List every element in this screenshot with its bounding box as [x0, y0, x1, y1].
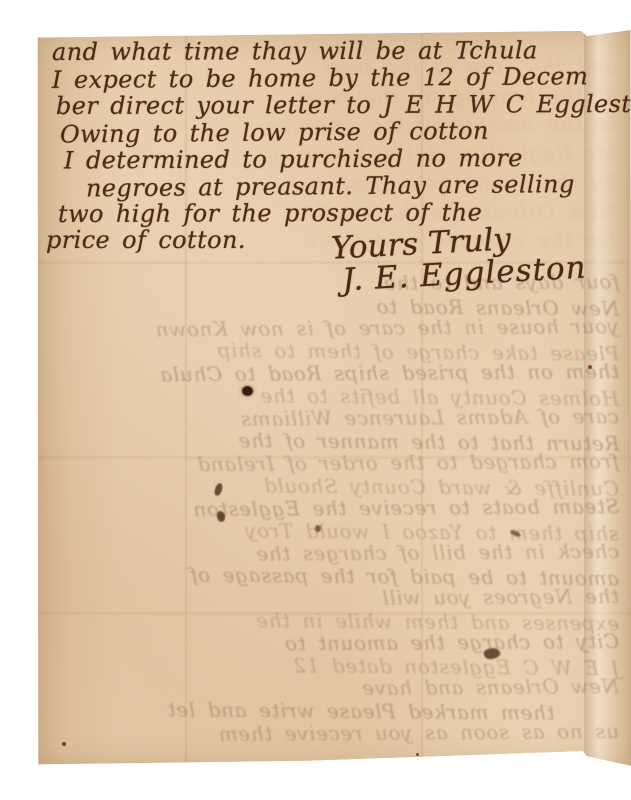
bleedthrough-line: amount to be paid for the passage of	[113, 562, 619, 589]
letter-line: negroes at preasant. Thay are selling	[86, 171, 621, 203]
bleedthrough-line: care of Adams Laurence Williams	[44, 405, 619, 432]
ink-spot	[216, 510, 226, 522]
horizontal-fold-crease	[36, 611, 631, 616]
letter-text: and what time thay will be at TchulaI ex…	[46, 38, 621, 254]
bleedthrough-line: expenses and them while in the	[96, 607, 619, 634]
bleedthrough-line: Steam boats to receive the Eggleston	[73, 495, 619, 521]
bleedthrough-line: check in the bill of charges the	[44, 540, 619, 567]
bleedthrough-line: your house in the care of is now Known	[44, 315, 619, 342]
bleedthrough-line: Cunliffe & ward County Should	[44, 472, 619, 500]
bleedthrough-line: them on the prised ships Road to Chula	[67, 360, 619, 386]
foxing-speck	[588, 365, 592, 369]
letter-line: two high for the prospect of the	[58, 199, 621, 228]
bleedthrough-line: them marked Please write and let	[101, 697, 619, 724]
letter-line: ber direct your letter to J E H W C Eggl…	[56, 91, 621, 120]
bleedthrough-line: J E W C Eggleston dated 12	[124, 652, 619, 679]
bleedthrough-line: ship them to Yazoo I would Troy	[44, 517, 619, 545]
ink-spot	[242, 386, 253, 396]
ink-spot	[213, 482, 224, 497]
photo-background: { "document": { "kind": "handwritten let…	[0, 0, 631, 800]
bleedthrough-line: Please take charge of them to ship	[44, 337, 619, 365]
bleedthrough-line: New Orleans Road to	[44, 292, 619, 320]
bleedthrough-text: four days and to theNew Orleans Road toy…	[44, 272, 619, 745]
bleedthrough-line: from charged to the order of Ireland	[44, 450, 619, 477]
foxing-speck	[416, 753, 419, 756]
letter-page: and the care of the boatat the landing b…	[36, 28, 631, 768]
bleedthrough-line: Return that to the manner of the	[55, 427, 619, 454]
bleedthrough-line: us no as soon as you receive them	[44, 720, 619, 747]
bleedthrough-line: New Orleans and have	[44, 675, 619, 702]
letter-line: Owing to the low prise of cotton	[60, 117, 621, 149]
ink-spot	[509, 529, 521, 538]
foxing-speck	[62, 742, 66, 746]
ink-spot	[483, 646, 502, 662]
bleedthrough-line: Holmes County all befits to the	[44, 382, 619, 410]
ink-spot	[315, 525, 321, 532]
bleedthrough-line: City to charge the amount to	[44, 630, 619, 657]
horizontal-fold-crease	[36, 455, 631, 460]
bleedthrough-line: the Negroes you will	[44, 585, 619, 612]
